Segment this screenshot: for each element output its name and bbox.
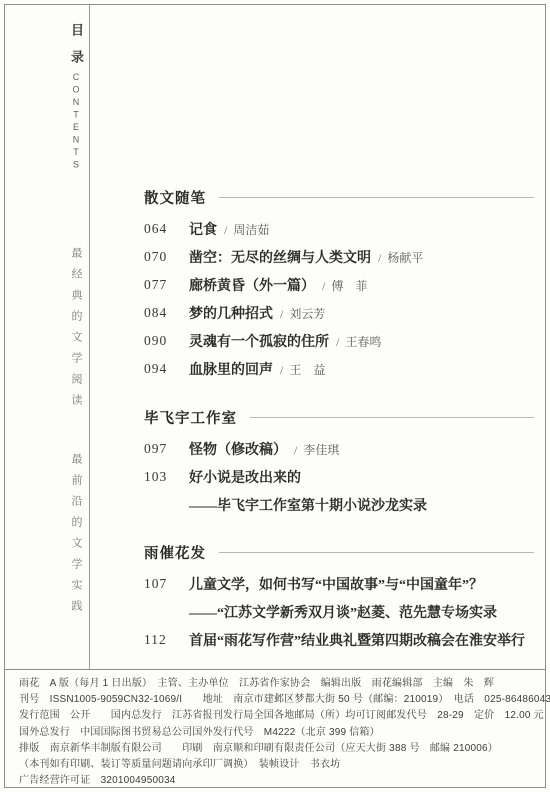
article-author: /王春鸣 [336, 333, 381, 350]
page-number: 070 [144, 249, 189, 265]
page-number: 077 [144, 277, 189, 293]
page-number: 112 [144, 632, 189, 648]
section-header: 雨催花发 [144, 542, 534, 562]
toc-row: 112 首届“雨花写作营”结业典礼暨第四期改稿会在淮安举行 [144, 626, 534, 654]
author-name: 周洁茹 [233, 223, 269, 237]
colophon: 雨花 A 版（每月 1 日出版） 主管、主办单位 江苏省作家协会 编辑出版 雨花… [5, 669, 545, 787]
slash-separator: / [280, 363, 283, 377]
slash-separator: / [378, 251, 381, 265]
article-title: 记食 [189, 219, 217, 239]
article-title: 儿童文学，如何书写“中国故事”与“中国童年”？ [189, 574, 483, 594]
slash-separator: / [280, 307, 283, 321]
page-number: 097 [144, 441, 189, 457]
article-title: 凿空：无尽的丝绸与人类文明 [189, 247, 371, 267]
page-number: 090 [144, 333, 189, 349]
colophon-line-distribution-price: 发行范围 公开 国内总发行 江苏省报刊发行局全国各地邮局（所）均可订阅邮发代号 … [19, 708, 533, 724]
article-title: 怪物（修改稿） [189, 439, 287, 459]
author-name: 杨献平 [387, 251, 423, 265]
article-author: /傅 菲 [322, 277, 367, 294]
page-number: 064 [144, 221, 189, 237]
article-subtitle: ——毕飞宇工作室第十期小说沙龙实录 [189, 495, 427, 515]
slash-separator: / [294, 443, 297, 457]
magazine-toc-page: 目录 CONTENTS 最经典的文学阅读 最前沿的文学实践 散文随笔 064 记… [0, 0, 550, 792]
author-name: 王 益 [289, 363, 325, 377]
section-header: 散文随笔 [144, 187, 534, 207]
slash-separator: / [336, 335, 339, 349]
section-heading: 雨催花发 [144, 542, 206, 563]
toc-row: 103 好小说是改出来的 [144, 463, 534, 491]
colophon-line-typesetting-printing: 排版 南京新华丰制版有限公司 印刷 南京顺和印刷有限责任公司（应天大街 388 … [19, 741, 533, 757]
sidebar-divider-line [89, 5, 90, 669]
section-rule-line [219, 552, 534, 553]
section-heading: 毕飞宇工作室 [144, 407, 237, 428]
slash-separator: / [322, 279, 325, 293]
page-number: 107 [144, 576, 189, 592]
article-title: 灵魂有一个孤寂的住所 [189, 331, 329, 351]
toc-row: 077 廊桥黄昏（外一篇） /傅 菲 [144, 271, 534, 299]
section-rule-line [219, 197, 534, 198]
page-number: 094 [144, 361, 189, 377]
toc-title-english: CONTENTS [65, 72, 87, 172]
toc-row: 070 凿空：无尽的丝绸与人类文明 /杨献平 [144, 243, 534, 271]
toc-title-chinese: 目录 [65, 23, 87, 77]
section-bifeiyu-studio: 毕飞宇工作室 097 怪物（修改稿） /李佳琪 103 好小说是改出来的 ——毕… [144, 407, 534, 519]
article-subtitle: ——“江苏文学新秀双月谈”赵菱、范先慧专场实录 [189, 602, 497, 622]
article-title: 梦的几种招式 [189, 303, 273, 323]
article-title: 廊桥黄昏（外一篇） [189, 275, 315, 295]
author-name: 王春鸣 [345, 335, 381, 349]
article-author: /杨献平 [378, 249, 423, 266]
toc-row: 107 儿童文学，如何书写“中国故事”与“中国童年”？ [144, 570, 534, 598]
section-yucuihuafa: 雨催花发 107 儿童文学，如何书写“中国故事”与“中国童年”？ ——“江苏文学… [144, 542, 534, 654]
article-title: 首届“雨花写作营”结业典礼暨第四期改稿会在淮安举行 [189, 630, 525, 650]
sidebar-slogan-1: 最经典的文学阅读 [65, 247, 87, 415]
section-rule-line [250, 417, 534, 418]
author-name: 李佳琪 [303, 443, 339, 457]
article-author: /刘云芳 [280, 305, 325, 322]
colophon-line-issn-address: 刊号 ISSN1005-9059CN32-1069/I 地址 南京市建邺区梦都大… [19, 692, 533, 708]
author-name: 刘云芳 [289, 307, 325, 321]
colophon-line-quality-design: （本刊如有印刷、装订等质量问题请向承印厂调换） 装帧设计 书衣坊 [19, 757, 533, 773]
toc-row-continuation: ——“江苏文学新秀双月谈”赵菱、范先慧专场实录 [144, 598, 534, 626]
article-author: /李佳琪 [294, 441, 339, 458]
colophon-line-overseas: 国外总发行 中国国际图书贸易总公司国外发行代号 M4222（北京 399 信箱） [19, 725, 533, 741]
toc-row: 064 记食 /周洁茹 [144, 215, 534, 243]
slash-separator: / [224, 223, 227, 237]
toc-row: 090 灵魂有一个孤寂的住所 /王春鸣 [144, 327, 534, 355]
toc-row: 094 血脉里的回声 /王 益 [144, 355, 534, 383]
colophon-line-ad-license: 广告经营许可证 3201004950034 [19, 773, 533, 789]
page-number: 103 [144, 469, 189, 485]
toc-row: 084 梦的几种招式 /刘云芳 [144, 299, 534, 327]
article-author: /王 益 [280, 361, 325, 378]
toc-row-continuation: ——毕飞宇工作室第十期小说沙龙实录 [144, 491, 534, 519]
toc-row: 097 怪物（修改稿） /李佳琪 [144, 435, 534, 463]
page-number: 084 [144, 305, 189, 321]
section-header: 毕飞宇工作室 [144, 407, 534, 427]
article-title: 好小说是改出来的 [189, 467, 301, 487]
author-name: 傅 菲 [331, 279, 367, 293]
page-border-frame: 目录 CONTENTS 最经典的文学阅读 最前沿的文学实践 散文随笔 064 记… [4, 4, 546, 788]
article-title: 血脉里的回声 [189, 359, 273, 379]
colophon-line-publisher: 雨花 A 版（每月 1 日出版） 主管、主办单位 江苏省作家协会 编辑出版 雨花… [19, 676, 533, 692]
sidebar-slogan-2: 最前沿的文学实践 [65, 453, 87, 621]
section-heading: 散文随笔 [144, 187, 206, 208]
section-essays: 散文随笔 064 记食 /周洁茹 070 凿空：无尽的丝绸与人类文明 /杨献平 … [144, 187, 534, 383]
article-author: /周洁茹 [224, 221, 269, 238]
